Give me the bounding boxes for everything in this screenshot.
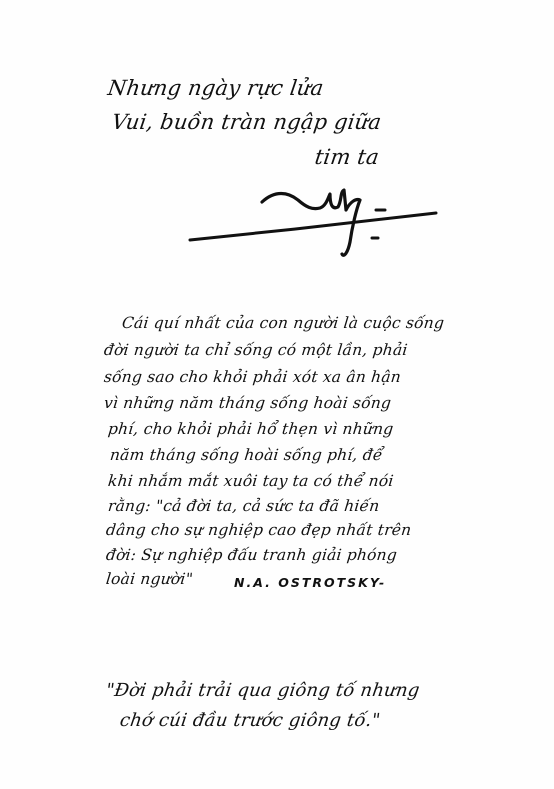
- closing-line-1: "Đời phải trải qua giông tố nhưng: [105, 680, 421, 701]
- quote-line-5: phí, cho khỏi phải hổ thẹn vì những: [107, 420, 394, 438]
- quote-line-7: khi nhắm mắt xuôi tay ta có thể nói: [107, 472, 394, 490]
- poem-line-3: tim ta: [313, 145, 380, 169]
- quote-line-11: loài người": [105, 570, 194, 588]
- signature-icon: [180, 180, 460, 270]
- quote-line-3: sống sao cho khỏi phải xót xa ân hận: [103, 368, 402, 386]
- quote-line-1: Cái quí nhất của con người là cuộc sống: [121, 314, 445, 332]
- poem-line-1: Nhưng ngày rực lửa: [106, 76, 325, 100]
- quote-line-6: năm tháng sống hoài sống phí, để: [109, 446, 384, 464]
- quote-author: N.A. OSTROTSKY-: [234, 575, 386, 590]
- poem-line-2: Vui, buồn tràn ngập giữa: [110, 110, 383, 134]
- quote-line-8: rằng: "cả đời ta, cả sức ta đã hiến: [107, 497, 380, 515]
- closing-line-2: chớ cúi đầu trước giông tố.": [119, 710, 382, 731]
- quote-line-9: dâng cho sự nghiệp cao đẹp nhất trên: [105, 521, 412, 539]
- quote-line-10: đời: Sự nghiệp đấu tranh giải phóng: [105, 546, 398, 564]
- quote-line-4: vì những năm tháng sống hoài sống: [103, 394, 392, 412]
- handwritten-page: Nhưng ngày rực lửa Vui, buồn tràn ngập g…: [0, 0, 554, 789]
- quote-line-2: đời người ta chỉ sống có một lần, phải: [103, 341, 408, 359]
